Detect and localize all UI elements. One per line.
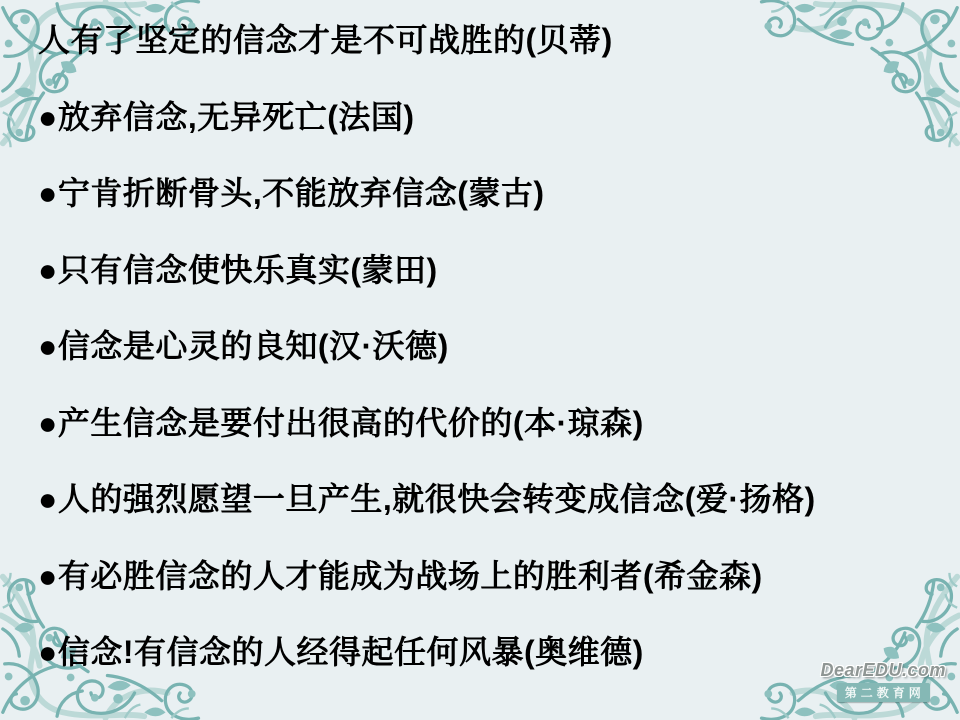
quote-line-1: 人有了坚定的信念才是不可战胜的(贝蒂): [38, 22, 950, 99]
quote-line-5: ●信念是心灵的良知(汉·沃德): [38, 328, 950, 405]
quote-list: 人有了坚定的信念才是不可战胜的(贝蒂) ●放弃信念,无异死亡(法国) ●宁肯折断…: [38, 22, 950, 711]
watermark-brand: DearEDU.com: [820, 660, 946, 681]
quote-line-3: ●宁肯折断骨头,不能放弃信念(蒙古): [38, 175, 950, 252]
quote-line-7: ●人的强烈愿望一旦产生,就很快会转变成信念(爱·扬格): [38, 481, 950, 558]
quote-line-4: ●只有信念使快乐真实(蒙田): [38, 252, 950, 329]
quote-line-8: ●有必胜信念的人才能成为战场上的胜利者(希金森): [38, 558, 950, 635]
quote-line-2: ●放弃信念,无异死亡(法国): [38, 99, 950, 176]
quote-line-9: ●信念!有信念的人经得起任何风暴(奥维德): [38, 634, 950, 711]
watermark-subtitle: 第二教育网: [837, 683, 930, 702]
slide: 人有了坚定的信念才是不可战胜的(贝蒂) ●放弃信念,无异死亡(法国) ●宁肯折断…: [0, 0, 960, 720]
watermark: DearEDU.com 第二教育网: [820, 660, 946, 702]
quote-line-6: ●产生信念是要付出很高的代价的(本·琼森): [38, 405, 950, 482]
